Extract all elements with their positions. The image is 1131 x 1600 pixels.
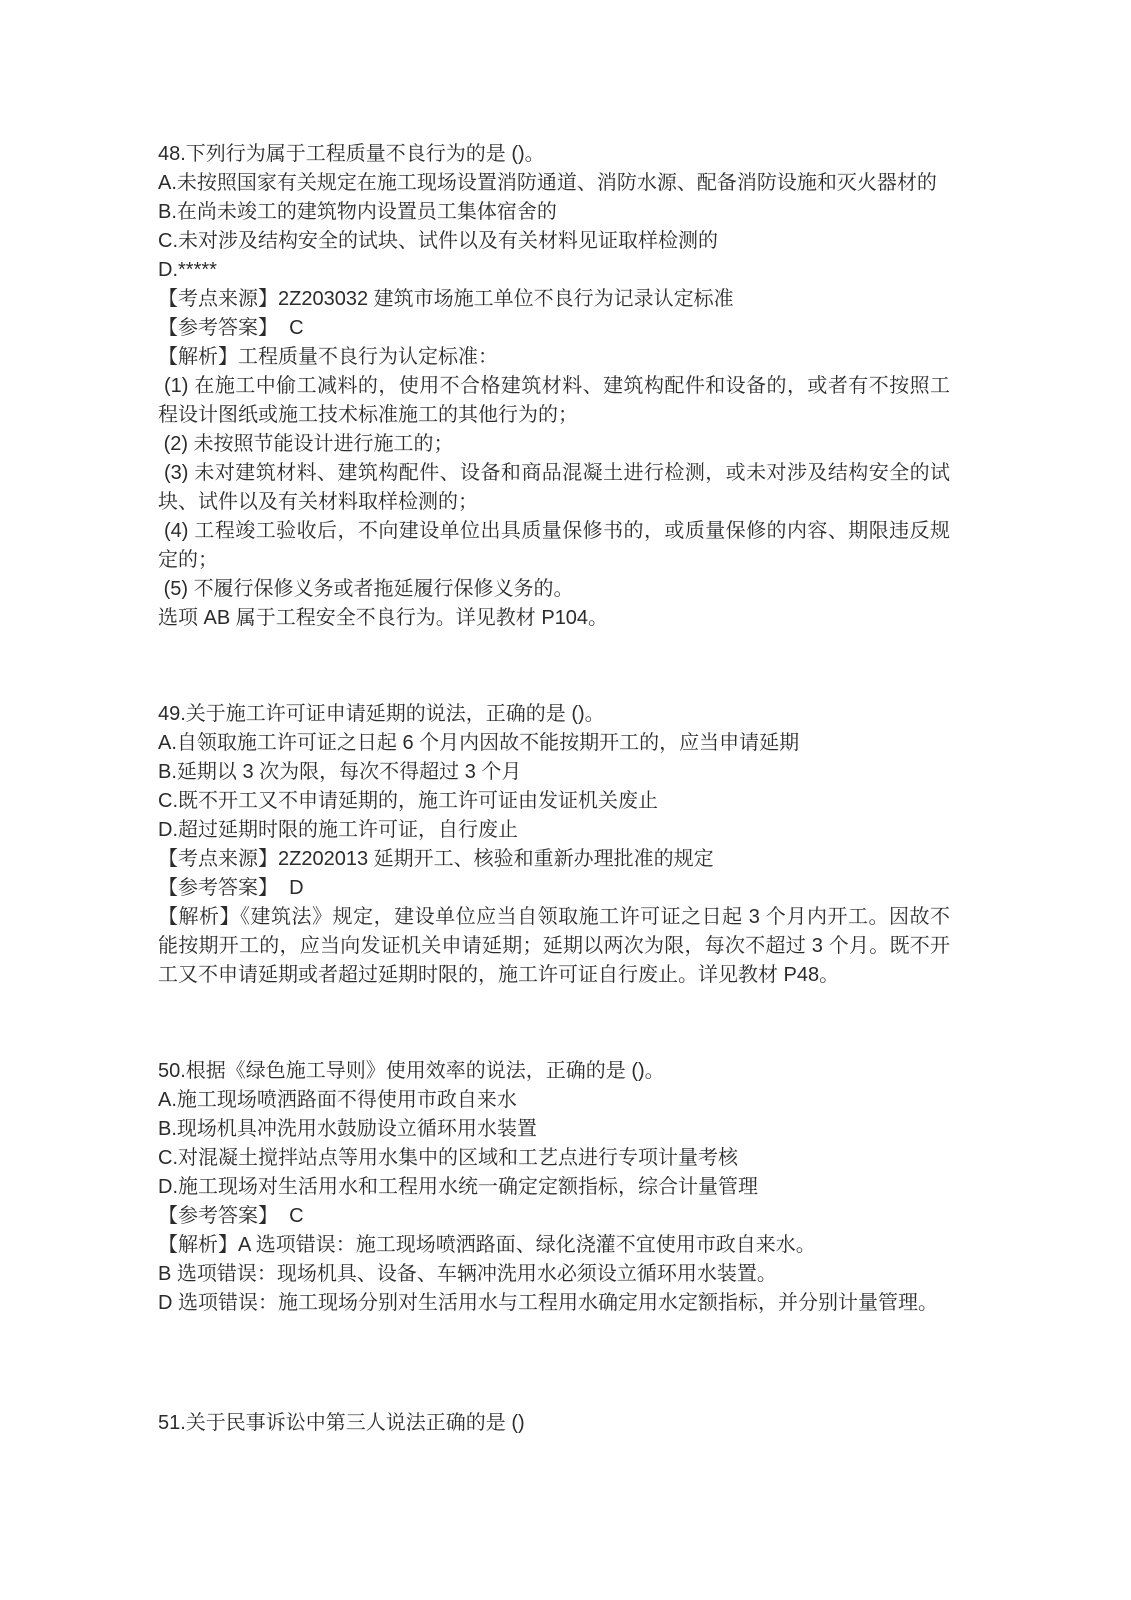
question-block-50: 50.根据《绿色施工导则》使用效率的说法，正确的是 ()。A.施工现场喷洒路面不…: [158, 1057, 950, 1318]
questions-container: 48.下列行为属于工程质量不良行为的是 ()。A.未按照国家有关规定在施工现场设…: [158, 140, 950, 1438]
q48-option-c: C.未对涉及结构安全的试块、试件以及有关材料见证取样检测的: [158, 227, 950, 256]
q48-analysis: (4) 工程竣工验收后，不向建设单位出具质量保修书的，或质量保修的内容、期限违反…: [158, 517, 950, 575]
q50-analysis: 【解析】A 选项错误：施工现场喷洒路面、绿化浇灌不宜使用市政自来水。: [158, 1231, 950, 1260]
q50-analysis: B 选项错误：现场机具、设备、车辆冲洗用水必须设立循环用水装置。: [158, 1260, 950, 1289]
q48-option-a: A.未按照国家有关规定在施工现场设置消防通道、消防水源、配备消防设施和灭火器材的: [158, 169, 950, 198]
q48-analysis: (5) 不履行保修义务或者拖延履行保修义务的。: [158, 575, 950, 604]
q49-stem: 49.关于施工许可证申请延期的说法，正确的是 ()。: [158, 700, 950, 729]
q49-option-a: A.自领取施工许可证之日起 6 个月内因故不能按期开工的，应当申请延期: [158, 729, 950, 758]
q48-analysis: 【解析】工程质量不良行为认定标准：: [158, 343, 950, 372]
q49-source: 【考点来源】2Z202013 延期开工、核验和重新办理批准的规定: [158, 845, 950, 874]
q48-option-b: B.在尚未竣工的建筑物内设置员工集体宿舍的: [158, 198, 950, 227]
q48-answer: 【参考答案】 C: [158, 314, 950, 343]
q49-answer: 【参考答案】 D: [158, 874, 950, 903]
q49-option-c: C.既不开工又不申请延期的，施工许可证由发证机关废止: [158, 787, 950, 816]
q50-option-d: D.施工现场对生活用水和工程用水统一确定定额指标，综合计量管理: [158, 1173, 950, 1202]
q48-stem: 48.下列行为属于工程质量不良行为的是 ()。: [158, 140, 950, 169]
q48-analysis: (2) 未按照节能设计进行施工的；: [158, 430, 950, 459]
q50-stem: 50.根据《绿色施工导则》使用效率的说法，正确的是 ()。: [158, 1057, 950, 1086]
q48-analysis: (1) 在施工中偷工减料的，使用不合格建筑材料、建筑构配件和设备的，或者有不按照…: [158, 372, 950, 430]
question-block-49: 49.关于施工许可证申请延期的说法，正确的是 ()。A.自领取施工许可证之日起 …: [158, 700, 950, 990]
q48-analysis: (3) 未对建筑材料、建筑构配件、设备和商品混凝土进行检测，或未对涉及结构安全的…: [158, 459, 950, 517]
q50-option-c: C.对混凝土搅拌站点等用水集中的区域和工艺点进行专项计量考核: [158, 1144, 950, 1173]
q49-analysis: 【解析】《建筑法》规定，建设单位应当自领取施工许可证之日起 3 个月内开工。因故…: [158, 903, 950, 990]
question-block-51: 51.关于民事诉讼中第三人说法正确的是 (): [158, 1409, 950, 1438]
q49-option-b: B.延期以 3 次为限，每次不得超过 3 个月: [158, 758, 950, 787]
q50-option-a: A.施工现场喷洒路面不得使用市政自来水: [158, 1086, 950, 1115]
q50-analysis: D 选项错误：施工现场分别对生活用水与工程用水确定用水定额指标，并分别计量管理。: [158, 1289, 950, 1318]
q48-analysis: 选项 AB 属于工程安全不良行为。详见教材 P104。: [158, 604, 950, 633]
q49-option-d: D.超过延期时限的施工许可证，自行废止: [158, 816, 950, 845]
q50-answer: 【参考答案】 C: [158, 1202, 950, 1231]
q50-option-b: B.现场机具冲洗用水鼓励设立循环用水装置: [158, 1115, 950, 1144]
q48-option-d: D.*****: [158, 256, 950, 285]
q48-source: 【考点来源】2Z203032 建筑市场施工单位不良行为记录认定标准: [158, 285, 950, 314]
q51-stem: 51.关于民事诉讼中第三人说法正确的是 (): [158, 1409, 950, 1438]
question-block-48: 48.下列行为属于工程质量不良行为的是 ()。A.未按照国家有关规定在施工现场设…: [158, 140, 950, 633]
document-page: 48.下列行为属于工程质量不良行为的是 ()。A.未按照国家有关规定在施工现场设…: [0, 0, 1131, 1600]
